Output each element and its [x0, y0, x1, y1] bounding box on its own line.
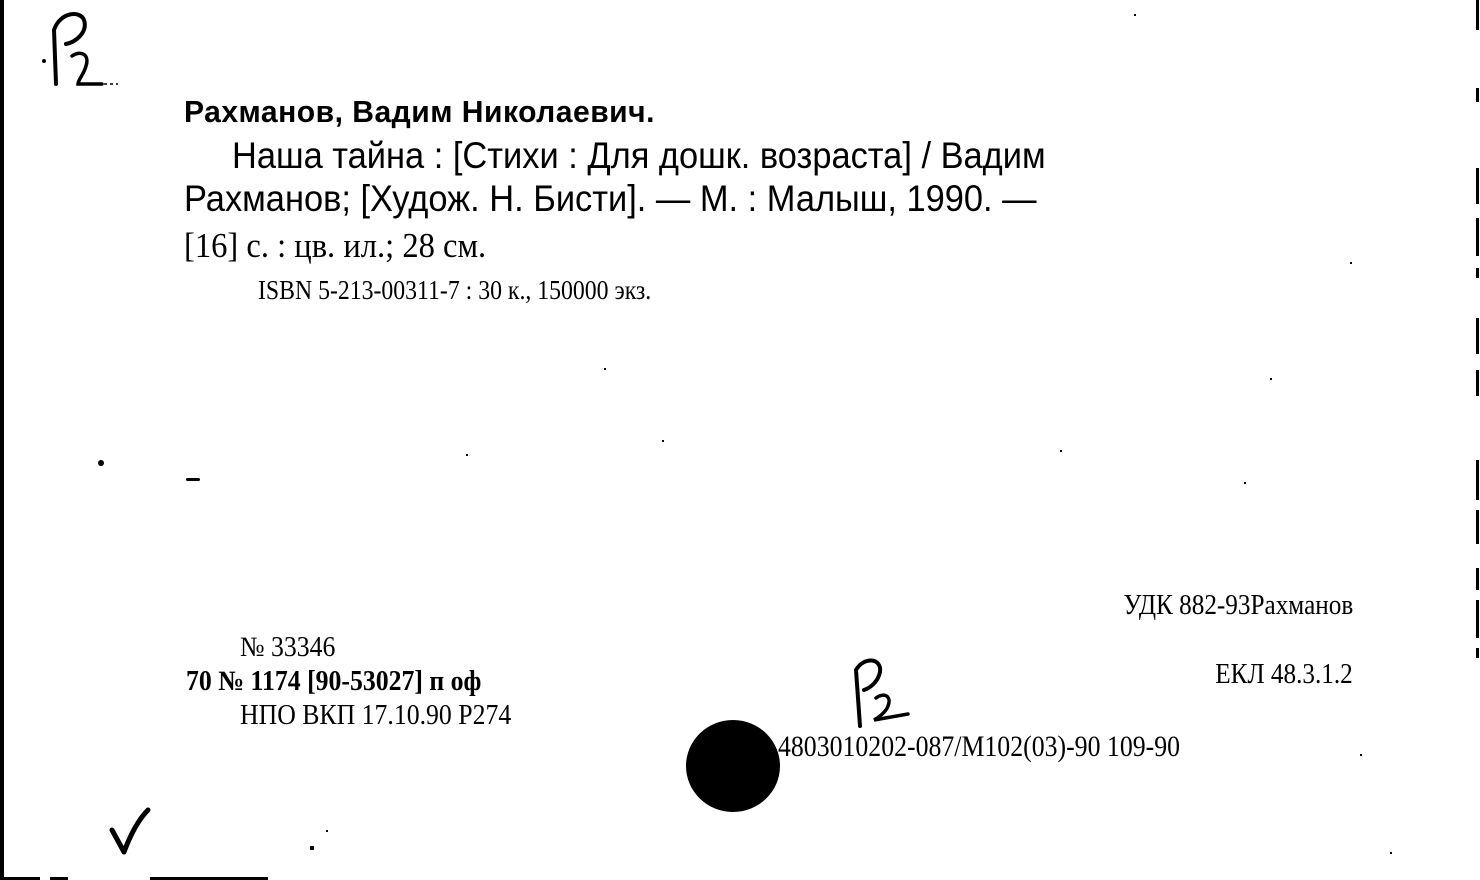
scan-speck — [326, 830, 328, 832]
card-right-edge — [1476, 0, 1480, 880]
publisher-code: 4803010202-087/М102(03)-90 109-90 — [778, 732, 1180, 762]
scan-speck — [1360, 754, 1362, 756]
author-heading: Рахманов, Вадим Николаевич. — [184, 96, 655, 127]
print-order: 70 № 1174 [90-53027] п оф — [186, 668, 481, 696]
ekl-classification: ЕКЛ 48.3.1.2 — [1215, 661, 1353, 689]
isbn-price-run: ISBN 5-213-00311-7 : 30 к., 150000 экз. — [258, 277, 651, 304]
scan-speck — [310, 846, 314, 850]
scan-speck — [1244, 482, 1246, 484]
scan-speck — [98, 460, 104, 466]
punch-hole — [686, 720, 780, 812]
handwritten-p2-top-icon — [36, 4, 126, 94]
check-mark-icon — [108, 806, 156, 858]
scan-speck — [1060, 450, 1062, 452]
scan-speck — [662, 440, 664, 442]
card-left-edge — [0, 0, 4, 880]
scan-speck — [466, 454, 468, 456]
scan-speck — [1134, 14, 1136, 16]
scan-speck — [1350, 262, 1352, 264]
scan-speck — [1390, 852, 1392, 854]
scan-speck — [186, 478, 200, 481]
title-line-2: Рахманов; [Худож. Н. Бисти]. — М. : Малы… — [184, 180, 1037, 217]
scan-speck — [604, 368, 606, 370]
catalog-card: Рахманов, Вадим Николаевич. Наша тайна :… — [0, 0, 1480, 880]
scan-speck — [1270, 378, 1272, 380]
physical-description: [16] с. : цв. ил.; 28 см. — [184, 228, 486, 263]
udc-classification: УДК 882-93Рахманов — [1123, 592, 1353, 620]
printer-line: НПО ВКП 17.10.90 Р274 — [240, 702, 511, 730]
handwritten-p2-center-icon — [846, 652, 926, 732]
title-line-1: Наша тайна : [Стихи : Для дошк. возраста… — [232, 137, 1046, 174]
catalog-number: № 33346 — [240, 634, 335, 662]
